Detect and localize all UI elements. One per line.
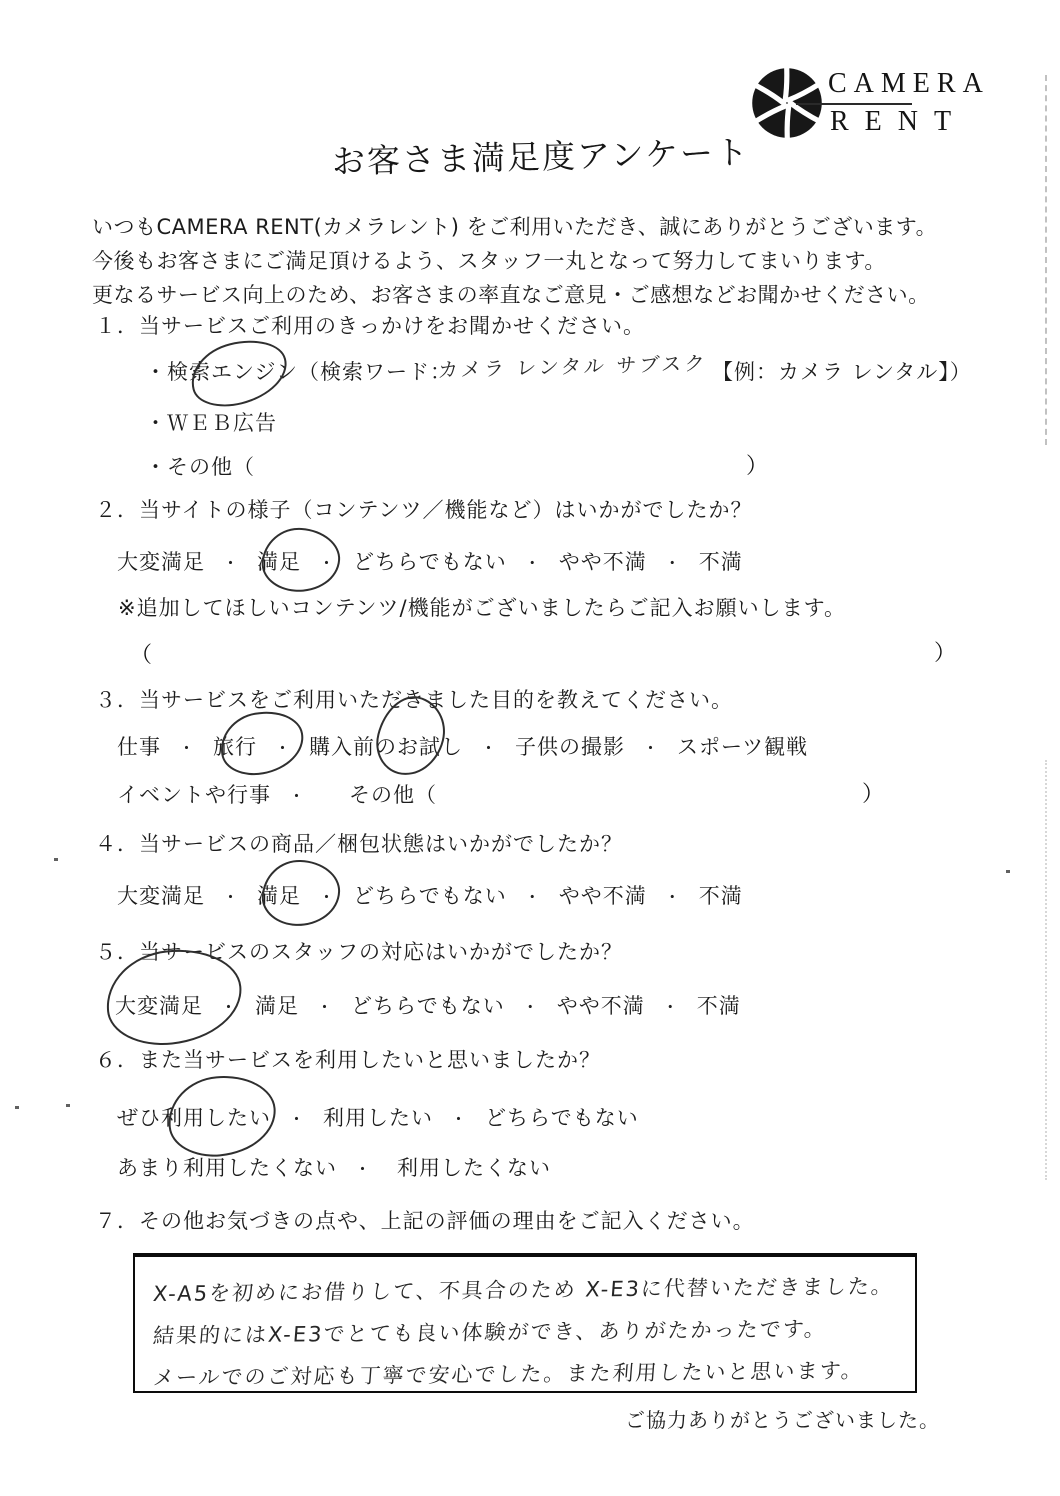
brand-name-top: CAMERA <box>828 68 990 100</box>
dot-separator: ・ <box>222 549 240 574</box>
logo-divider-line <box>796 103 912 105</box>
dot-separator: ・ <box>642 734 660 759</box>
page-title: お客さま満足度アンケート <box>331 127 750 183</box>
dot-separator: ・ <box>316 993 334 1018</box>
q2-option: 大変満足 <box>117 546 205 576</box>
scan-speck <box>1006 870 1010 873</box>
q4-option: 大変満足 <box>117 880 205 910</box>
q3-option: スポーツ観戦 <box>677 731 808 761</box>
dot-separator: ・ <box>222 883 240 908</box>
q3-option: 子供の撮影 <box>515 731 625 761</box>
intro-line: 今後もお客さまにご満足頂けるよう、スタッフ一丸となって努力してまいります。 <box>92 244 937 278</box>
q3-option: 仕事 <box>117 731 161 761</box>
dot-separator: ・ <box>524 549 542 574</box>
scan-speck <box>66 1104 70 1107</box>
intro-paragraph: いつもCAMERA RENT(カメラレント) をご利用いただき、誠にありがとうご… <box>92 210 937 312</box>
q6-option: どちらでもない <box>485 1102 639 1132</box>
q4-options-row: 大変満足 ・ 満足 ・ どちらでもない ・ やや不満 ・ 不満 <box>117 880 743 910</box>
q2-circle-mark <box>260 525 342 594</box>
q1-other-close-paren: ） <box>746 449 768 480</box>
survey-scan-page: CAMERA RENT お客さま満足度アンケート いつもCAMERA RENT(… <box>0 0 1060 1496</box>
q6-option: 利用したい <box>323 1102 433 1132</box>
scan-speck <box>54 858 58 861</box>
intro-line: いつもCAMERA RENT(カメラレント) をご利用いただき、誠にありがとうご… <box>92 210 937 244</box>
q1-search-keywords-handwritten: カメラ レンタル サブスク <box>437 347 709 383</box>
q6-option: 利用したくない <box>397 1152 551 1182</box>
intro-line: 更なるサービス向上のため、お客さまの率直なご意見・ご感想などお聞かせください。 <box>92 278 937 312</box>
scan-speck <box>15 1106 19 1109</box>
q4-option: やや不満 <box>559 880 647 910</box>
dot-separator: ・ <box>178 734 196 759</box>
q3-circle-mark-travel <box>215 705 308 781</box>
brand-name-bottom: RENT <box>830 106 967 138</box>
q2-freeform-open-paren: （ <box>130 638 152 669</box>
q4-heading: ４．当サービスの商品／梱包状態はいかがでしたか？ <box>95 828 623 858</box>
q4-circle-mark <box>261 859 341 928</box>
q2-options-row: 大変満足 ・ 満足 ・ どちらでもない ・ やや不満 ・ 不満 <box>117 546 743 576</box>
q4-option: 不満 <box>699 880 743 910</box>
dot-separator: ・ <box>450 1105 468 1130</box>
dot-separator: ・ <box>664 549 682 574</box>
q2-option: 不満 <box>699 546 743 576</box>
q5-option: 不満 <box>697 990 741 1020</box>
q7-comment-line: メールでのご対応も丁寧で安心でした。また利用したいと思います。 <box>151 1349 916 1399</box>
dot-separator: ・ <box>522 993 540 1018</box>
footer-thanks: ご協力ありがとうございました。 <box>625 1404 940 1433</box>
dot-separator: ・ <box>524 883 542 908</box>
q1-circle-mark <box>184 331 294 415</box>
q5-option: やや不満 <box>557 990 645 1020</box>
q6-heading: ６．また当サービスを利用したいと思いましたか？ <box>95 1044 601 1074</box>
q2-note: ※追加してほしいコンテンツ/機能がございましたらご記入お願いします。 <box>118 592 846 622</box>
dot-separator: ・ <box>480 734 498 759</box>
q3-option: イベントや行事 <box>117 779 271 809</box>
q4-option: どちらでもない <box>353 880 507 910</box>
q2-option: どちらでもない <box>353 546 507 576</box>
dot-separator: ・ <box>288 1105 306 1130</box>
dot-separator: ・ <box>288 782 306 807</box>
q2-heading: ２．当サイトの様子（コンテンツ／機能など）はいかがでしたか？ <box>95 494 752 524</box>
q1-option-web-ad: ・ＷＥＢ広告 <box>145 407 277 437</box>
dot-separator: ・ <box>662 993 680 1018</box>
q6-options-row-2: あまり利用したくない ・ 利用したくない <box>117 1152 551 1182</box>
dot-separator: ・ <box>354 1155 372 1180</box>
q7-comment-box: X-A5を初めにお借りして、不具合のため X-E3に代替いただきました。 結果的… <box>133 1253 917 1393</box>
q1-option-other: ・その他（ <box>145 451 255 481</box>
q2-freeform-close-paren: ） <box>934 636 956 667</box>
q5-option: 満足 <box>255 990 299 1020</box>
q6-option: あまり利用したくない <box>117 1152 337 1182</box>
scan-artifact-dotted-line <box>1045 760 1047 1180</box>
dot-separator: ・ <box>664 883 682 908</box>
q1-heading: １．当サービスご利用のきっかけをお聞かせください。 <box>95 310 645 340</box>
q2-option: やや不満 <box>559 546 647 576</box>
q3-option-other: その他（ <box>349 779 437 809</box>
q5-option: どちらでもない <box>351 990 505 1020</box>
q7-heading: ７．その他お気づきの点や、上記の評価の理由をご記入ください。 <box>95 1205 755 1235</box>
q3-options-row-2: イベントや行事 ・ その他（ <box>117 779 437 809</box>
q6-circle-mark <box>165 1071 280 1160</box>
scan-artifact-dotted-line <box>1045 75 1047 445</box>
q1-search-example: 【例：カメラ レンタル】） <box>712 356 972 386</box>
q3-other-close-paren: ） <box>862 777 884 808</box>
